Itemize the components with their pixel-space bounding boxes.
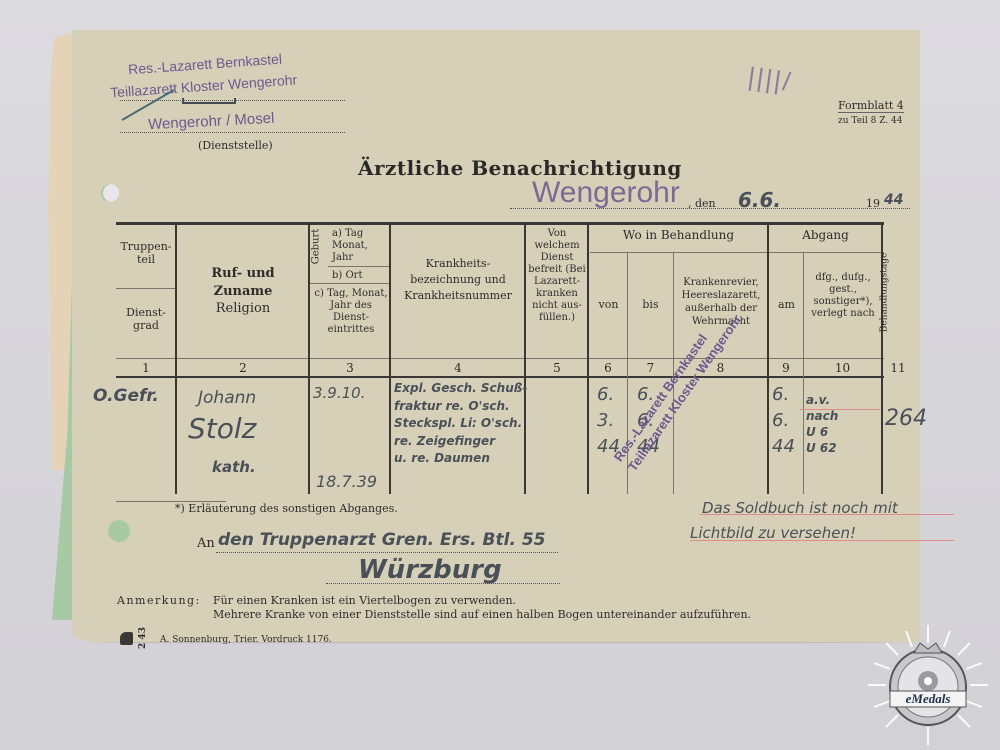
cell-religion: kath. bbox=[212, 458, 256, 476]
col-number-4: 4 bbox=[391, 361, 525, 375]
verlegt-line-1: a.v. bbox=[806, 392, 838, 408]
cell-verlegt: a.v. nach U 6 U 62 bbox=[806, 392, 838, 456]
header-truppenteil: Truppen-teil bbox=[116, 240, 176, 266]
col-number-10: 10 bbox=[804, 361, 881, 375]
red-underline-verlegt bbox=[800, 409, 880, 410]
anmerkung-label: Anmerkung: bbox=[117, 594, 201, 607]
cell-zuname: Stolz bbox=[188, 412, 256, 445]
date-year-suffix: 44 bbox=[884, 192, 903, 208]
cell-krankheit: Expl. Gesch. Schuß- fraktur re. O'sch. S… bbox=[394, 380, 530, 468]
cell-vorname: Johann bbox=[198, 388, 256, 408]
verlegt-line-3: U 6 bbox=[806, 424, 838, 440]
col-number-1: 1 bbox=[116, 361, 176, 375]
header-abgang: Abgang bbox=[770, 229, 881, 242]
date-day-month: 6.6. bbox=[738, 188, 781, 212]
col-number-5: 5 bbox=[526, 361, 588, 375]
form-reference: zu Teil 8 Z. 44 bbox=[838, 116, 903, 126]
punch-hole-top bbox=[101, 184, 119, 202]
header-dienst-befreit: Von welchem Dienst befreit (Bei Lazarett… bbox=[527, 228, 587, 324]
header-von: von bbox=[590, 298, 627, 311]
printer-logo-icon bbox=[120, 632, 133, 645]
punch-hole-bottom bbox=[108, 520, 130, 542]
verlegt-line-2: nach bbox=[806, 408, 838, 424]
header-dienstgrad: Dienst-grad bbox=[116, 306, 176, 332]
krankheit-line-3: Steckspl. Li: O'sch. bbox=[394, 415, 530, 433]
printer-imprint: A. Sonnenburg, Trier. Vordruck 1176. bbox=[160, 635, 332, 645]
date-year-prefix: 19 bbox=[866, 197, 880, 210]
header-geburt: Geburt bbox=[310, 227, 323, 267]
von-month: 3. bbox=[597, 408, 620, 434]
printer-code: 2 43 bbox=[138, 627, 148, 649]
col-number-9: 9 bbox=[769, 361, 803, 375]
krankheit-line-5: u. re. Daumen bbox=[394, 450, 530, 468]
dienststelle-label: (Dienststelle) bbox=[198, 139, 273, 152]
von-day: 6. bbox=[597, 382, 620, 408]
col-number-6: 6 bbox=[589, 361, 627, 375]
remark-line-1: Das Soldbuch ist noch mit bbox=[702, 496, 898, 521]
cell-am: 6. 6. 44 bbox=[772, 382, 795, 460]
krankheit-line-4: re. Zeigefinger bbox=[394, 433, 530, 451]
medal-badge-icon: eMedals bbox=[868, 625, 988, 745]
col-number-3: 3 bbox=[310, 361, 390, 375]
am-year: 44 bbox=[772, 434, 795, 460]
red-underline-remark-2 bbox=[690, 540, 954, 541]
footnote-abgang: *) Erläuterung des sonstigen Abganges. bbox=[175, 502, 398, 515]
form-number-label: Formblatt 4 bbox=[838, 99, 904, 113]
krankheit-line-2: fraktur re. O'sch. bbox=[394, 398, 530, 416]
header-birth-date: a) Tag Monat, Jahr bbox=[332, 228, 390, 264]
date-den-label: , den bbox=[688, 197, 716, 210]
address-dotline-1 bbox=[216, 552, 558, 553]
verlegt-line-4: U 62 bbox=[806, 440, 838, 456]
header-name-line2: Zuname bbox=[178, 283, 308, 300]
remark-line-2: Lichtbild zu versehen! bbox=[690, 521, 898, 546]
cell-behandlungstage: 264 bbox=[885, 406, 927, 431]
cell-dienstgrad: O.Gefr. bbox=[93, 386, 159, 406]
red-underline-remark-1 bbox=[700, 514, 954, 515]
header-bis: bis bbox=[628, 298, 673, 311]
address-an-label: An bbox=[197, 536, 215, 551]
address-city: Würzburg bbox=[358, 555, 502, 585]
header-behandlungstage: Behandlungstage bbox=[879, 253, 892, 333]
header-religion: Religion bbox=[178, 300, 308, 317]
emedals-watermark-badge: eMedals bbox=[868, 625, 988, 745]
header-verlegt-nach: dfg., dufg., gest., sonstiger*), verlegt… bbox=[805, 272, 881, 320]
header-krankheit: Krankheits-bezeichnung und Krankheitsnum… bbox=[392, 256, 524, 304]
cell-geburt: 3.9.10. bbox=[313, 384, 365, 402]
col-number-11: 11 bbox=[883, 361, 913, 375]
col-number-2: 2 bbox=[178, 361, 308, 375]
address-recipient: den Truppenarzt Gren. Ers. Btl. 55 bbox=[218, 530, 545, 550]
header-name-line1: Ruf- und bbox=[178, 265, 308, 282]
emedals-brand-text: eMedals bbox=[906, 691, 951, 706]
dienststelle-dotline-2 bbox=[120, 132, 345, 133]
place-stamp: Wengerohr bbox=[532, 176, 680, 210]
header-wo-in-behandlung: Wo in Behandlung bbox=[590, 229, 767, 242]
am-day: 6. bbox=[772, 382, 795, 408]
anmerkung-line2: Mehrere Kranke von einer Dienststelle si… bbox=[213, 608, 751, 621]
cell-diensteintritt: 18.7.39 bbox=[316, 472, 377, 491]
header-am: am bbox=[770, 298, 803, 311]
remark-soldbuch: Das Soldbuch ist noch mit Lichtbild zu v… bbox=[702, 496, 898, 546]
am-month: 6. bbox=[772, 408, 795, 434]
krankheit-line-1: Expl. Gesch. Schuß- bbox=[394, 380, 530, 398]
violet-scribble: ||||/ bbox=[746, 61, 794, 98]
anmerkung-line1: Für einen Kranken ist ein Viertelbogen z… bbox=[213, 594, 516, 607]
staple-right bbox=[182, 98, 236, 104]
address-dotline-2 bbox=[326, 583, 560, 584]
dienststelle-dotline-1 bbox=[120, 100, 345, 101]
header-birth-place: b) Ort bbox=[332, 269, 390, 282]
header-service-entry: c) Tag, Monat, Jahr des Dienst-eintritte… bbox=[314, 288, 388, 336]
